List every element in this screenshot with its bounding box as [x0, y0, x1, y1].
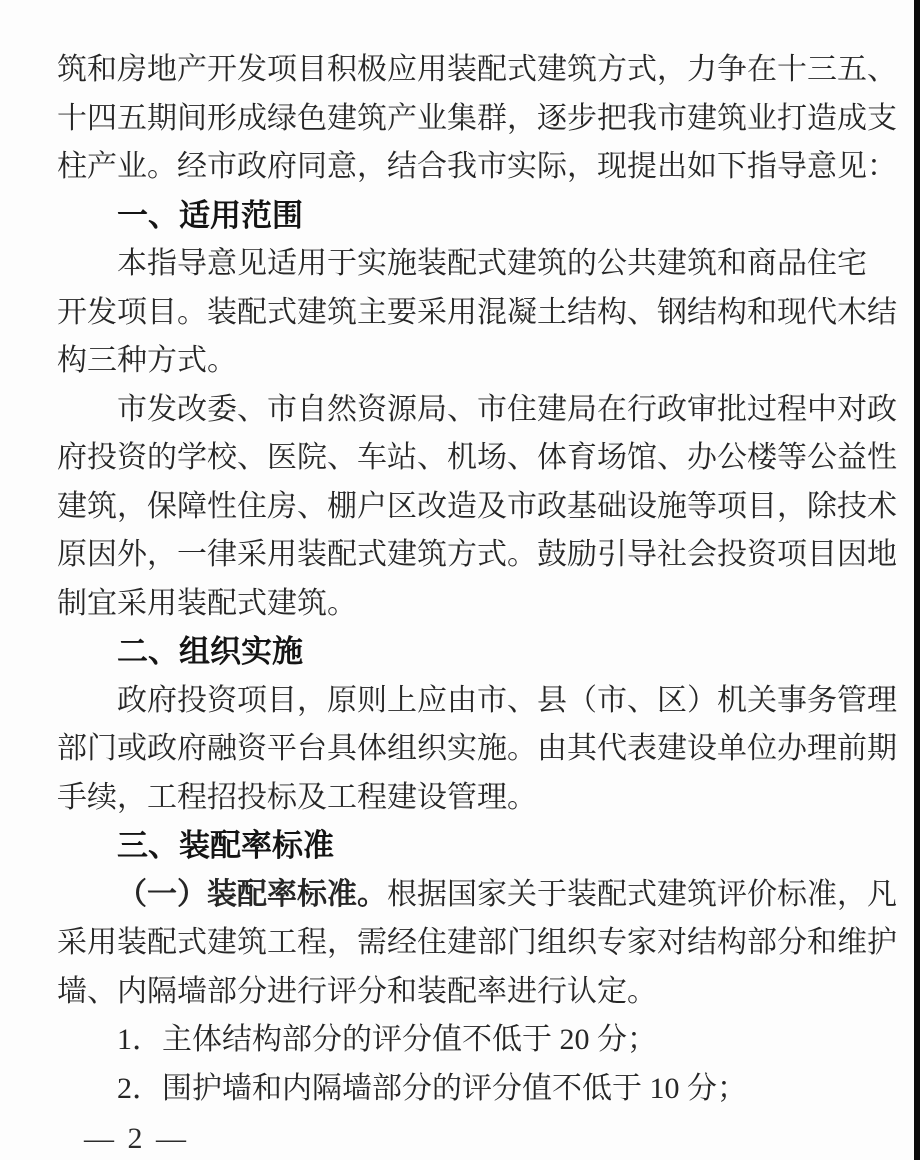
section3-para-line: 墙、内隔墙部分进行评分和装配率进行认定。 [57, 968, 875, 1017]
section1-para1-line: 本指导意见适用于实施装配式建筑的公共建筑和商品住宅 [57, 240, 875, 289]
document-page: 筑和房地产开发项目积极应用装配式建筑方式，力争在十三五、 十四五期间形成绿色建筑… [0, 0, 920, 1160]
section1-para2-line: 原因外，一律采用装配式建筑方式。鼓励引导社会投资项目因地 [57, 531, 875, 580]
section1-para2-line: 府投资的学校、医院、车站、机场、体育场馆、办公楼等公益性 [57, 434, 875, 483]
section2-heading: 二、组织实施 [57, 628, 875, 677]
section1-heading: 一、适用范围 [57, 192, 875, 241]
section2-para-line: 部门或政府融资平台具体组织实施。由其代表建设单位办理前期 [57, 725, 875, 774]
list-item: 2．围护墙和内隔墙部分的评分值不低于 10 分； [57, 1065, 875, 1114]
section1-para2-line: 制宜采用装配式建筑。 [57, 580, 875, 629]
section3-para-lead-rest: 根据国家关于装配式建筑评价标准，凡 [387, 878, 897, 911]
section3-heading: 三、装配率标准 [57, 822, 875, 871]
section2-para-line: 手续，工程招投标及工程建设管理。 [57, 774, 875, 823]
section3-para-lead-line: （一）装配率标准。根据国家关于装配式建筑评价标准，凡 [57, 871, 875, 920]
document-body: 筑和房地产开发项目积极应用装配式建筑方式，力争在十三五、 十四五期间形成绿色建筑… [57, 46, 875, 1113]
section1-para1-line: 开发项目。装配式建筑主要采用混凝土结构、钢结构和现代木结 [57, 289, 875, 338]
section2-para-line: 政府投资项目，原则上应由市、县（市、区）机关事务管理 [57, 677, 875, 726]
scan-edge-bar [914, 0, 920, 1160]
section1-para1-line: 构三种方式。 [57, 337, 875, 386]
list-item: 1．主体结构部分的评分值不低于 20 分； [57, 1016, 875, 1065]
section1-para2-line: 市发改委、市自然资源局、市住建局在行政审批过程中对政 [57, 386, 875, 435]
intro-line: 筑和房地产开发项目积极应用装配式建筑方式，力争在十三五、 [57, 46, 875, 95]
page-number: — 2 — [84, 1118, 189, 1160]
section3-para-line: 采用装配式建筑工程，需经住建部门组织专家对结构部分和维护 [57, 919, 875, 968]
section3-para-lead-bold: （一）装配率标准。 [117, 878, 387, 911]
section1-para2-line: 建筑，保障性住房、棚户区改造及市政基础设施等项目，除技术 [57, 483, 875, 532]
intro-line: 十四五期间形成绿色建筑产业集群，逐步把我市建筑业打造成支 [57, 95, 875, 144]
intro-line: 柱产业。经市政府同意，结合我市实际，现提出如下指导意见： [57, 143, 875, 192]
